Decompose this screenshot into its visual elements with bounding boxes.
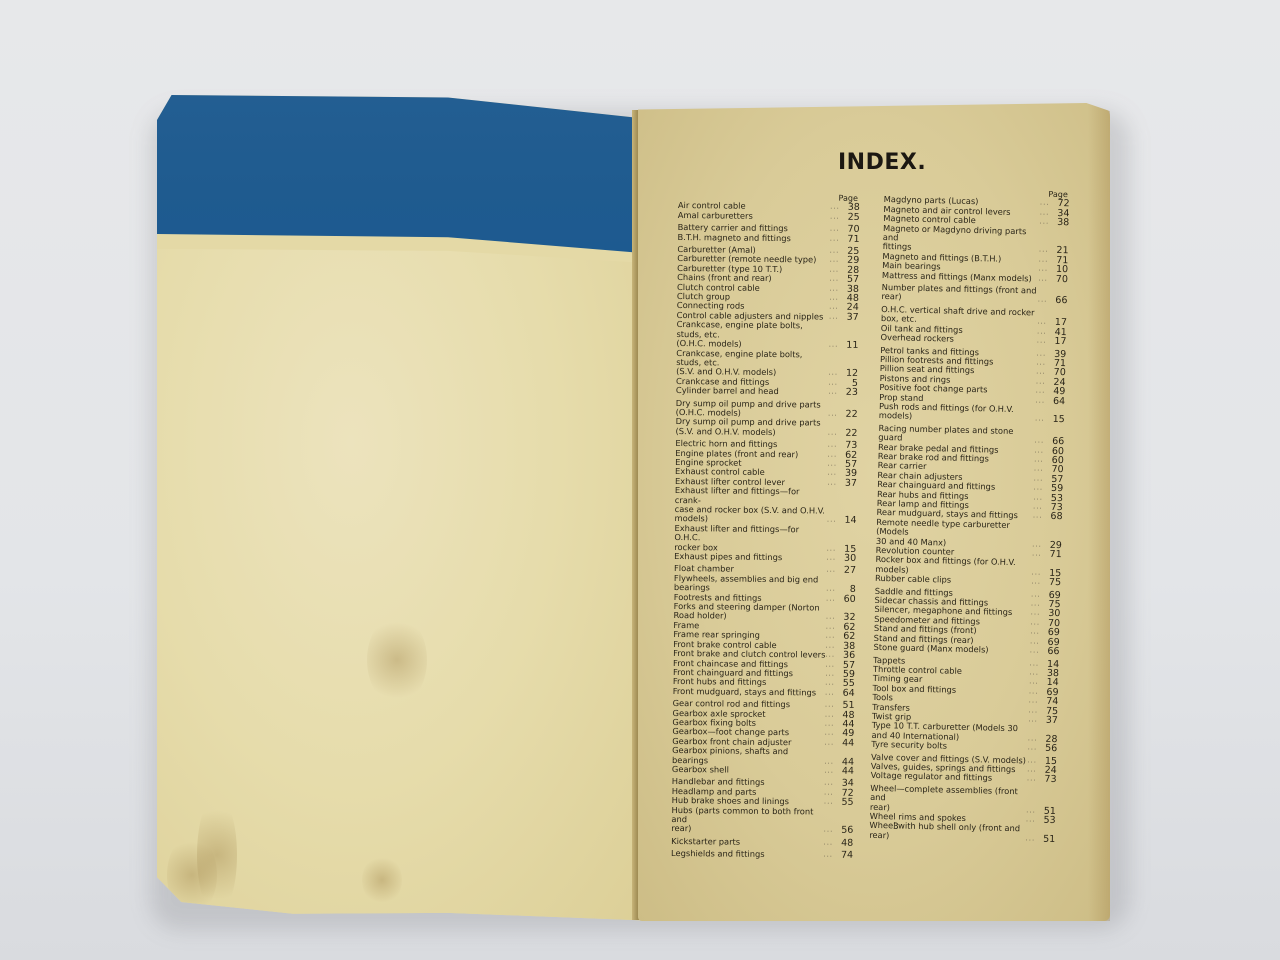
entry-label: Legshields and fittings xyxy=(671,849,823,860)
endpaper xyxy=(157,235,642,927)
leader-dots: ... xyxy=(1026,815,1036,825)
entry-label: Exhaust lifter and fittings—for O.H.C. r… xyxy=(674,524,827,554)
index-entry: B.T.H. magneto and fittings...71 xyxy=(677,233,859,244)
entry-page-number: 66 xyxy=(1051,296,1067,306)
entry-label: Push rods and fittings (for O.H.V. model… xyxy=(879,402,1036,424)
leader-dots: ... xyxy=(1027,775,1037,785)
leader-dots: ... xyxy=(1030,647,1040,657)
leader-dots: ... xyxy=(1033,512,1043,522)
leader-dots: ... xyxy=(1034,474,1044,484)
leader-dots: ... xyxy=(826,594,836,604)
leader-dots: ... xyxy=(1036,349,1046,359)
entry-label: Cylinder barrel and head xyxy=(676,386,828,397)
leader-dots: ... xyxy=(825,701,835,711)
entry-page-number: 37 xyxy=(841,479,857,489)
index-column-right: Page Magdyno parts (Lucas)...72Magneto a… xyxy=(869,186,1070,844)
page-title: INDEX. xyxy=(838,150,926,175)
entry-page-number: 25 xyxy=(844,213,860,223)
index-list: Air control cable...38Amal carburetters.… xyxy=(671,201,860,860)
entry-page-number: 23 xyxy=(842,388,858,398)
leader-dots: ... xyxy=(1033,493,1043,503)
leader-dots: ... xyxy=(1036,387,1046,397)
leader-dots: ... xyxy=(830,225,840,235)
leader-dots: ... xyxy=(826,622,836,632)
leader-dots: ... xyxy=(1032,549,1042,559)
entry-label: B.T.H. magneto and fittings xyxy=(677,233,829,244)
leader-dots: ... xyxy=(1039,218,1049,228)
entry-label: Exhaust lifter and fittings—for crank- c… xyxy=(675,486,828,525)
entry-page-number: 38 xyxy=(1053,218,1069,228)
entry-page-number: 30 xyxy=(840,554,856,564)
leader-dots: ... xyxy=(827,469,837,479)
entry-label: Gearbox shell xyxy=(672,765,824,776)
leader-dots: ... xyxy=(826,585,836,595)
leader-dots: ... xyxy=(828,441,838,451)
leader-dots: ... xyxy=(1038,296,1048,306)
entry-page-number: 75 xyxy=(1045,578,1061,588)
leader-dots: ... xyxy=(828,378,838,388)
entry-page-number: 37 xyxy=(843,313,859,323)
entry-label: Flywheels, assemblies and big end bearin… xyxy=(674,574,827,594)
entry-page-number: 17 xyxy=(1050,337,1066,347)
leader-dots: ... xyxy=(1031,590,1041,600)
leader-dots: ... xyxy=(1028,734,1038,744)
leader-dots: ... xyxy=(825,660,835,670)
index-entry: Front mudguard, stays and fittings...64 xyxy=(673,687,855,698)
index-entry: Legshields and fittings...74 xyxy=(671,849,853,860)
leader-dots: ... xyxy=(827,544,837,554)
leader-dots: ... xyxy=(1027,765,1037,775)
leader-dots: ... xyxy=(1033,502,1043,512)
blue-cover-band xyxy=(157,95,642,253)
leader-dots: ... xyxy=(1036,358,1046,368)
entry-page-number: 64 xyxy=(1049,396,1065,406)
leader-dots: ... xyxy=(1039,255,1049,265)
leader-dots: ... xyxy=(1029,659,1039,669)
entry-page-number: 27 xyxy=(840,566,856,576)
leader-dots: ... xyxy=(1027,756,1037,766)
leader-dots: ... xyxy=(825,669,835,679)
inside-front-cover xyxy=(157,95,642,927)
entry-page-number: 55 xyxy=(838,798,854,808)
entry-page-number: 60 xyxy=(840,594,856,604)
index-entry: Crankcase, engine plate bolts, studs, et… xyxy=(676,348,858,378)
leader-dots: ... xyxy=(1037,318,1047,328)
entry-label: Hubs (parts common to both front and rea… xyxy=(671,806,824,836)
leader-dots: ... xyxy=(1028,715,1038,725)
leader-dots: ... xyxy=(830,256,840,266)
entry-page-number: 68 xyxy=(1046,512,1062,522)
leader-dots: ... xyxy=(1040,208,1050,218)
leader-dots: ... xyxy=(1036,368,1046,378)
leader-dots: ... xyxy=(829,265,839,275)
leader-dots: ... xyxy=(1031,600,1041,610)
entry-page-number: 56 xyxy=(837,826,853,836)
leader-dots: ... xyxy=(1029,668,1039,678)
entry-page-number: 53 xyxy=(1040,816,1056,826)
leader-dots: ... xyxy=(826,613,836,623)
leader-dots: ... xyxy=(827,478,837,488)
leader-dots: ... xyxy=(825,710,835,720)
entry-label: Front mudguard, stays and fittings xyxy=(673,687,825,698)
leader-dots: ... xyxy=(826,566,836,576)
index-entry: Amal carburetters...25 xyxy=(678,211,860,222)
leader-dots: ... xyxy=(1036,377,1046,387)
leader-dots: ... xyxy=(1038,274,1048,284)
entry-page-number: 22 xyxy=(842,410,858,420)
leader-dots: ... xyxy=(1033,484,1043,494)
leader-dots: ... xyxy=(1038,265,1048,275)
entry-page-number: 71 xyxy=(1046,550,1062,560)
leader-dots: ... xyxy=(1031,578,1041,588)
leader-dots: ... xyxy=(824,788,834,798)
leader-dots: ... xyxy=(829,284,839,294)
index-entry: Hubs (parts common to both front and rea… xyxy=(671,806,853,836)
entry-label: Exhaust pipes and fittings xyxy=(674,552,826,563)
leader-dots: ... xyxy=(826,554,836,564)
leader-dots: ... xyxy=(1026,806,1036,816)
leader-dots: ... xyxy=(827,460,837,470)
leader-dots: ... xyxy=(829,303,839,313)
leader-dots: ... xyxy=(826,641,836,651)
entry-page-number: 44 xyxy=(838,738,854,748)
entry-label: Amal carburetters xyxy=(678,211,830,222)
leader-dots: ... xyxy=(825,738,835,748)
entry-page-number: 14 xyxy=(841,516,857,526)
entry-page-number: 22 xyxy=(841,428,857,438)
index-entry: Crankcase, engine plate bolts, studs, et… xyxy=(676,320,858,350)
leader-dots: ... xyxy=(1030,628,1040,638)
leader-dots: ... xyxy=(825,688,835,698)
entry-page-number: 56 xyxy=(1041,744,1057,754)
leader-dots: ... xyxy=(829,312,839,322)
leader-dots: ... xyxy=(1034,455,1044,465)
stain xyxy=(367,615,427,705)
leader-dots: ... xyxy=(1034,446,1044,456)
index-list: Magdyno parts (Lucas)...72Magneto and ai… xyxy=(869,195,1070,844)
leader-dots: ... xyxy=(828,450,838,460)
entry-page-number: 51 xyxy=(1039,835,1055,845)
leader-dots: ... xyxy=(825,729,835,739)
leader-dots: ... xyxy=(829,275,839,285)
stain xyxy=(362,855,402,905)
leader-dots: ... xyxy=(824,757,834,767)
leader-dots: ... xyxy=(824,826,834,836)
index-entry: Exhaust lifter and fittings—for O.H.C. r… xyxy=(674,524,856,554)
index-entry: Exhaust pipes and fittings...30 xyxy=(674,552,856,563)
leader-dots: ... xyxy=(1030,637,1040,647)
index-entry: Cylinder barrel and head...23 xyxy=(676,386,858,397)
leader-dots: ... xyxy=(1037,337,1047,347)
leader-dots: ... xyxy=(830,234,840,244)
leader-dots: ... xyxy=(1035,415,1045,425)
leader-dots: ... xyxy=(1025,834,1035,844)
leader-dots: ... xyxy=(823,851,833,861)
index-entry: Dry sump oil pump and drive parts (S.V. … xyxy=(675,417,857,438)
leader-dots: ... xyxy=(828,428,838,438)
index-entry: Forks and steering damper (Norton Road h… xyxy=(674,602,856,623)
entry-label: Dry sump oil pump and drive parts (S.V. … xyxy=(675,417,828,437)
leader-dots: ... xyxy=(830,203,840,213)
index-entry: Number plates and fittings (front and re… xyxy=(881,283,1067,306)
leader-dots: ... xyxy=(1029,678,1039,688)
entry-page-number: 74 xyxy=(837,851,853,861)
leader-dots: ... xyxy=(825,679,835,689)
leader-dots: ... xyxy=(1034,437,1044,447)
leader-dots: ... xyxy=(824,798,834,808)
index-column-left: Page Air control cable...38Amal carburet… xyxy=(671,192,860,860)
entry-label: Number plates and fittings (front and re… xyxy=(881,283,1038,305)
leader-dots: ... xyxy=(823,838,833,848)
entry-page-number: 71 xyxy=(843,234,859,244)
leader-dots: ... xyxy=(826,632,836,642)
leader-dots: ... xyxy=(829,294,839,304)
leader-dots: ... xyxy=(825,651,835,661)
leader-dots: ... xyxy=(824,767,834,777)
leader-dots: ... xyxy=(1030,618,1040,628)
entry-page-number: 64 xyxy=(839,688,855,698)
leader-dots: ... xyxy=(1029,687,1039,697)
leader-dots: ... xyxy=(828,369,838,379)
leader-dots: ... xyxy=(828,388,838,398)
leader-dots: ... xyxy=(1032,540,1042,550)
leader-dots: ... xyxy=(830,212,840,222)
leader-dots: ... xyxy=(830,247,840,257)
leader-dots: ... xyxy=(1031,609,1041,619)
leader-dots: ... xyxy=(1029,697,1039,707)
entry-page-number: 44 xyxy=(838,767,854,777)
leader-dots: ... xyxy=(828,410,838,420)
page-number: 3 xyxy=(893,822,899,832)
leader-dots: ... xyxy=(1040,199,1050,209)
entry-page-number: 66 xyxy=(1043,647,1059,657)
leader-dots: ... xyxy=(824,779,834,789)
leader-dots: ... xyxy=(1027,744,1037,754)
index-entry: Exhaust lifter and fittings—for crank- c… xyxy=(675,486,857,526)
leader-dots: ... xyxy=(1028,706,1038,716)
entry-label: Crankcase, engine plate bolts, studs, et… xyxy=(676,348,829,378)
index-entry: Kickstarter parts...48 xyxy=(671,837,853,848)
entry-page-number: 15 xyxy=(1049,415,1065,425)
entry-page-number: 48 xyxy=(837,839,853,849)
stain xyxy=(197,795,237,915)
leader-dots: ... xyxy=(1031,568,1041,578)
leader-dots: ... xyxy=(1035,396,1045,406)
leader-dots: ... xyxy=(825,720,835,730)
leader-dots: ... xyxy=(1034,465,1044,475)
entry-page-number: 70 xyxy=(1052,274,1068,284)
entry-label: Crankcase, engine plate bolts, studs, et… xyxy=(676,320,829,350)
entry-label: Kickstarter parts xyxy=(671,837,823,848)
entry-page-number: 37 xyxy=(1042,716,1058,726)
index-entry: Gearbox shell...44 xyxy=(672,765,854,776)
leader-dots: ... xyxy=(1039,246,1049,256)
leader-dots: ... xyxy=(829,341,839,351)
leader-dots: ... xyxy=(1037,327,1047,337)
leader-dots: ... xyxy=(827,516,837,526)
entry-page-number: 73 xyxy=(1040,775,1056,785)
entry-page-number: 11 xyxy=(842,341,858,351)
